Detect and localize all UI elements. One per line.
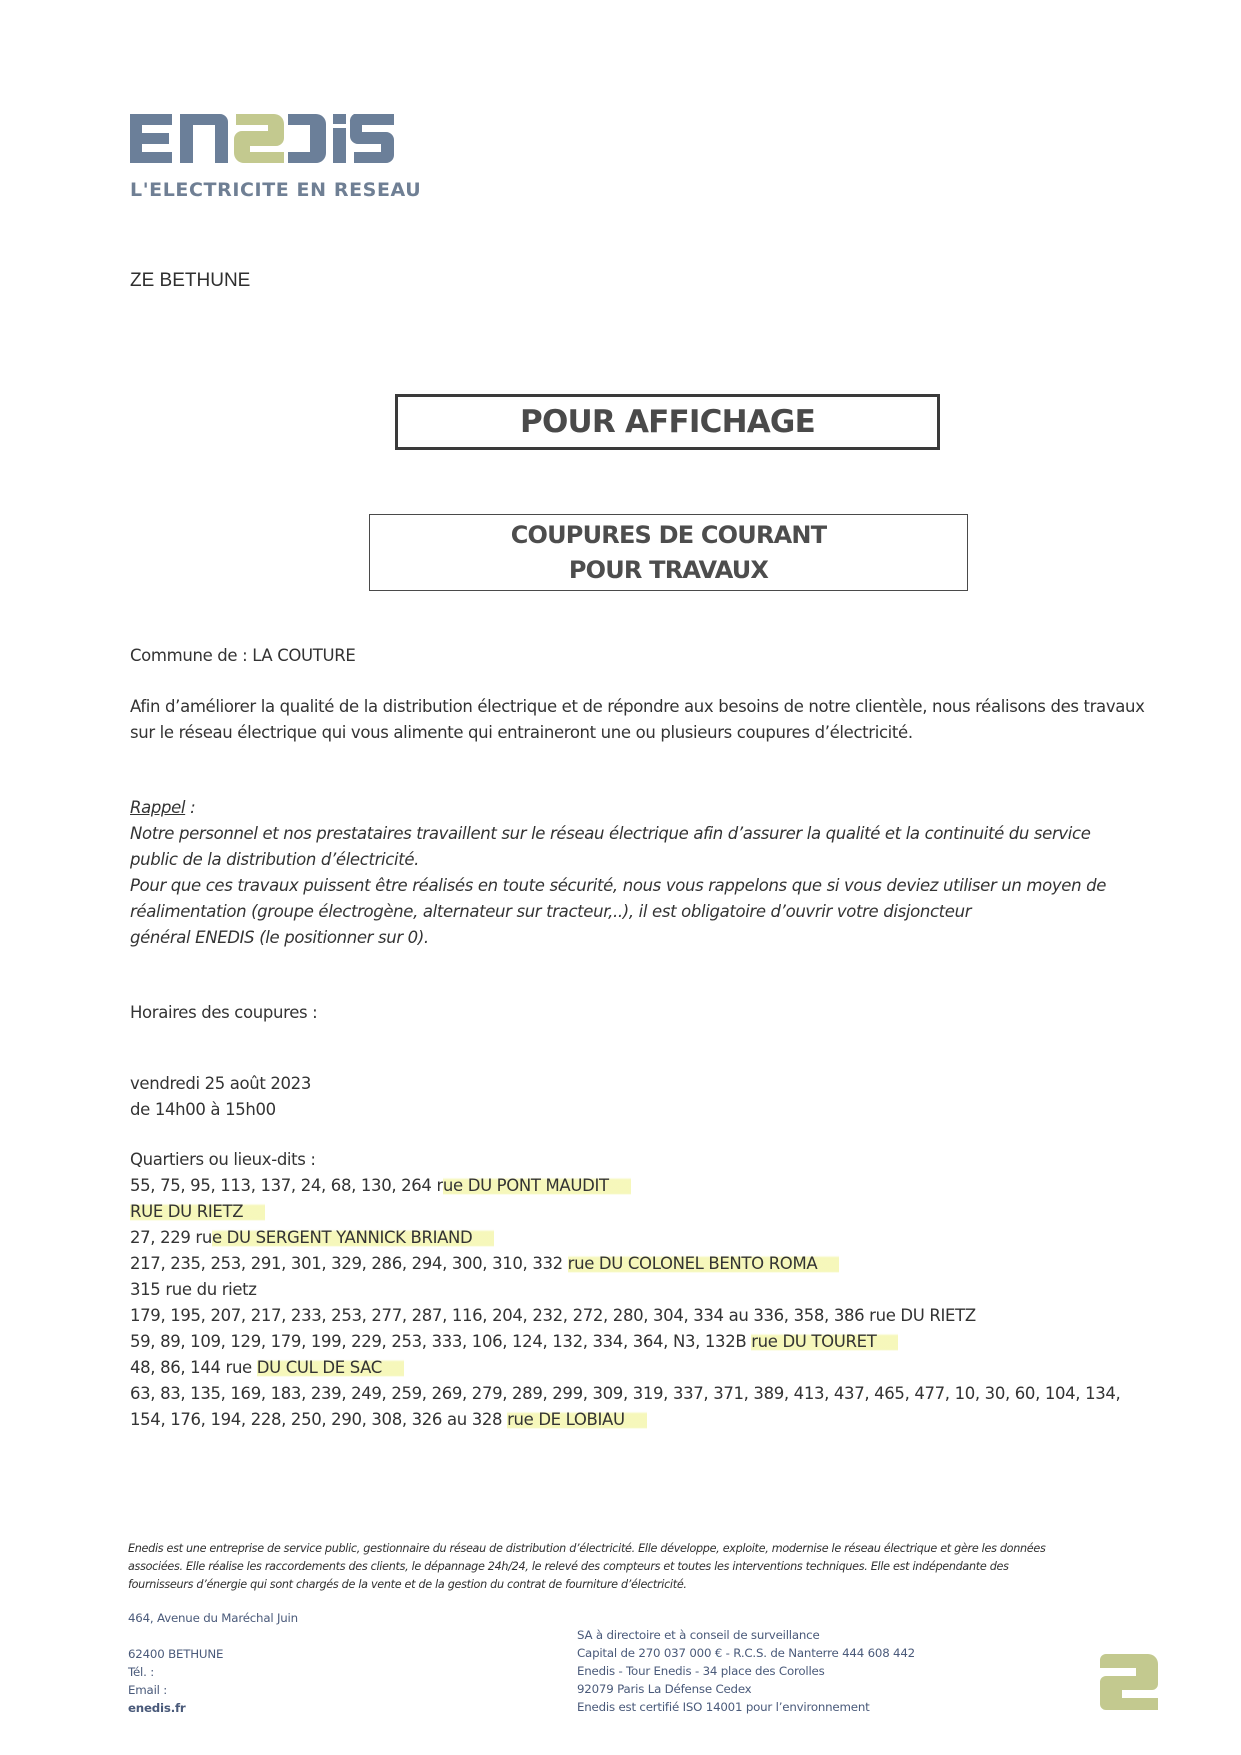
subtitle-box: COUPURES DE COURANT POUR TRAVAUX bbox=[369, 514, 968, 591]
highlighted-street: ue DU PONT MAUDIT bbox=[443, 1176, 631, 1195]
brand-tagline: L'ELECTRICITE EN RESEAU bbox=[130, 179, 421, 201]
street-line: 59, 89, 109, 129, 179, 199, 229, 253, 33… bbox=[130, 1329, 1190, 1355]
street-line: RUE DU RIETZ bbox=[130, 1199, 1190, 1225]
website-link[interactable]: enedis.fr bbox=[128, 1699, 298, 1717]
affected-streets: Quartiers ou lieux-dits : 55, 75, 95, 11… bbox=[130, 1147, 1190, 1433]
outage-schedule: vendredi 25 août 2023 de 14h00 à 15h00 bbox=[130, 1071, 311, 1123]
street-line: 63, 83, 135, 169, 183, 239, 249, 259, 26… bbox=[130, 1381, 1190, 1407]
street-line: 27, 229 rue DU SERGENT YANNICK BRIAND bbox=[130, 1225, 1190, 1251]
street-line: 179, 195, 207, 217, 233, 253, 277, 287, … bbox=[130, 1303, 1190, 1329]
highlighted-street: rue DU TOURET bbox=[751, 1332, 898, 1351]
subtitle-line-2: POUR TRAVAUX bbox=[569, 553, 768, 588]
street-list: 55, 75, 95, 113, 137, 24, 68, 130, 264 r… bbox=[130, 1173, 1190, 1433]
rappel-line: réalimentation (groupe électrogène, alte… bbox=[130, 899, 1180, 925]
highlighted-street: DU CUL DE SAC bbox=[257, 1358, 404, 1377]
enedis-e-icon bbox=[1098, 1652, 1160, 1712]
street-line: 315 rue du rietz bbox=[130, 1277, 1190, 1303]
intro-paragraph: Afin d’améliorer la qualité de la distri… bbox=[130, 694, 1170, 746]
rappel-line: Notre personnel et nos prestataires trav… bbox=[130, 821, 1180, 847]
rappel-section: Rappel : Notre personnel et nos prestata… bbox=[130, 795, 1180, 951]
street-line: 217, 235, 253, 291, 301, 329, 286, 294, … bbox=[130, 1251, 1190, 1277]
street-line: 55, 75, 95, 113, 137, 24, 68, 130, 264 r… bbox=[130, 1173, 1190, 1199]
highlighted-street: rue DE LOBIAU bbox=[507, 1410, 647, 1429]
commune-label: Commune de : LA COUTURE bbox=[130, 643, 355, 669]
enedis-logo bbox=[128, 110, 398, 172]
highlighted-street: rue DU COLONEL BENTO ROMA bbox=[568, 1254, 840, 1273]
street-address: 464, Avenue du Maréchal Juin bbox=[128, 1609, 298, 1627]
rappel-heading: Rappel : bbox=[130, 795, 1180, 821]
rappel-line: Pour que ces travaux puissent être réali… bbox=[130, 873, 1180, 899]
highlighted-street: RUE DU RIETZ bbox=[130, 1202, 265, 1221]
highlighted-street: e DU SERGENT YANNICK BRIAND bbox=[212, 1228, 494, 1247]
outage-date: vendredi 25 août 2023 bbox=[130, 1071, 311, 1097]
quartiers-heading: Quartiers ou lieux-dits : bbox=[130, 1147, 1190, 1173]
poster-title: POUR AFFICHAGE bbox=[520, 404, 815, 440]
local-address: 464, Avenue du Maréchal Juin 62400 BETHU… bbox=[128, 1609, 298, 1717]
rappel-label: Rappel bbox=[130, 798, 185, 817]
email-label: Email : bbox=[128, 1681, 298, 1699]
city: 62400 BETHUNE bbox=[128, 1645, 298, 1663]
street-line: 48, 86, 144 rue DU CUL DE SAC bbox=[130, 1355, 1190, 1381]
phone-label: Tél. : bbox=[128, 1663, 298, 1681]
outage-time: de 14h00 à 15h00 bbox=[130, 1097, 311, 1123]
rappel-line: public de la distribution d’électricité. bbox=[130, 847, 1180, 873]
legal-notice: Enedis est une entreprise de service pub… bbox=[128, 1540, 1168, 1594]
subtitle-line-1: COUPURES DE COURANT bbox=[511, 518, 827, 553]
schedule-heading: Horaires des coupures : bbox=[130, 1000, 317, 1026]
rappel-line: général ENEDIS (le positionner sur 0). bbox=[130, 925, 1180, 951]
corporate-info: SA à directoire et à conseil de surveill… bbox=[577, 1626, 915, 1716]
street-line: 154, 176, 194, 228, 250, 290, 308, 326 a… bbox=[130, 1407, 1190, 1433]
poster-title-box: POUR AFFICHAGE bbox=[395, 394, 940, 450]
unit-name: ZE BETHUNE bbox=[130, 270, 250, 292]
